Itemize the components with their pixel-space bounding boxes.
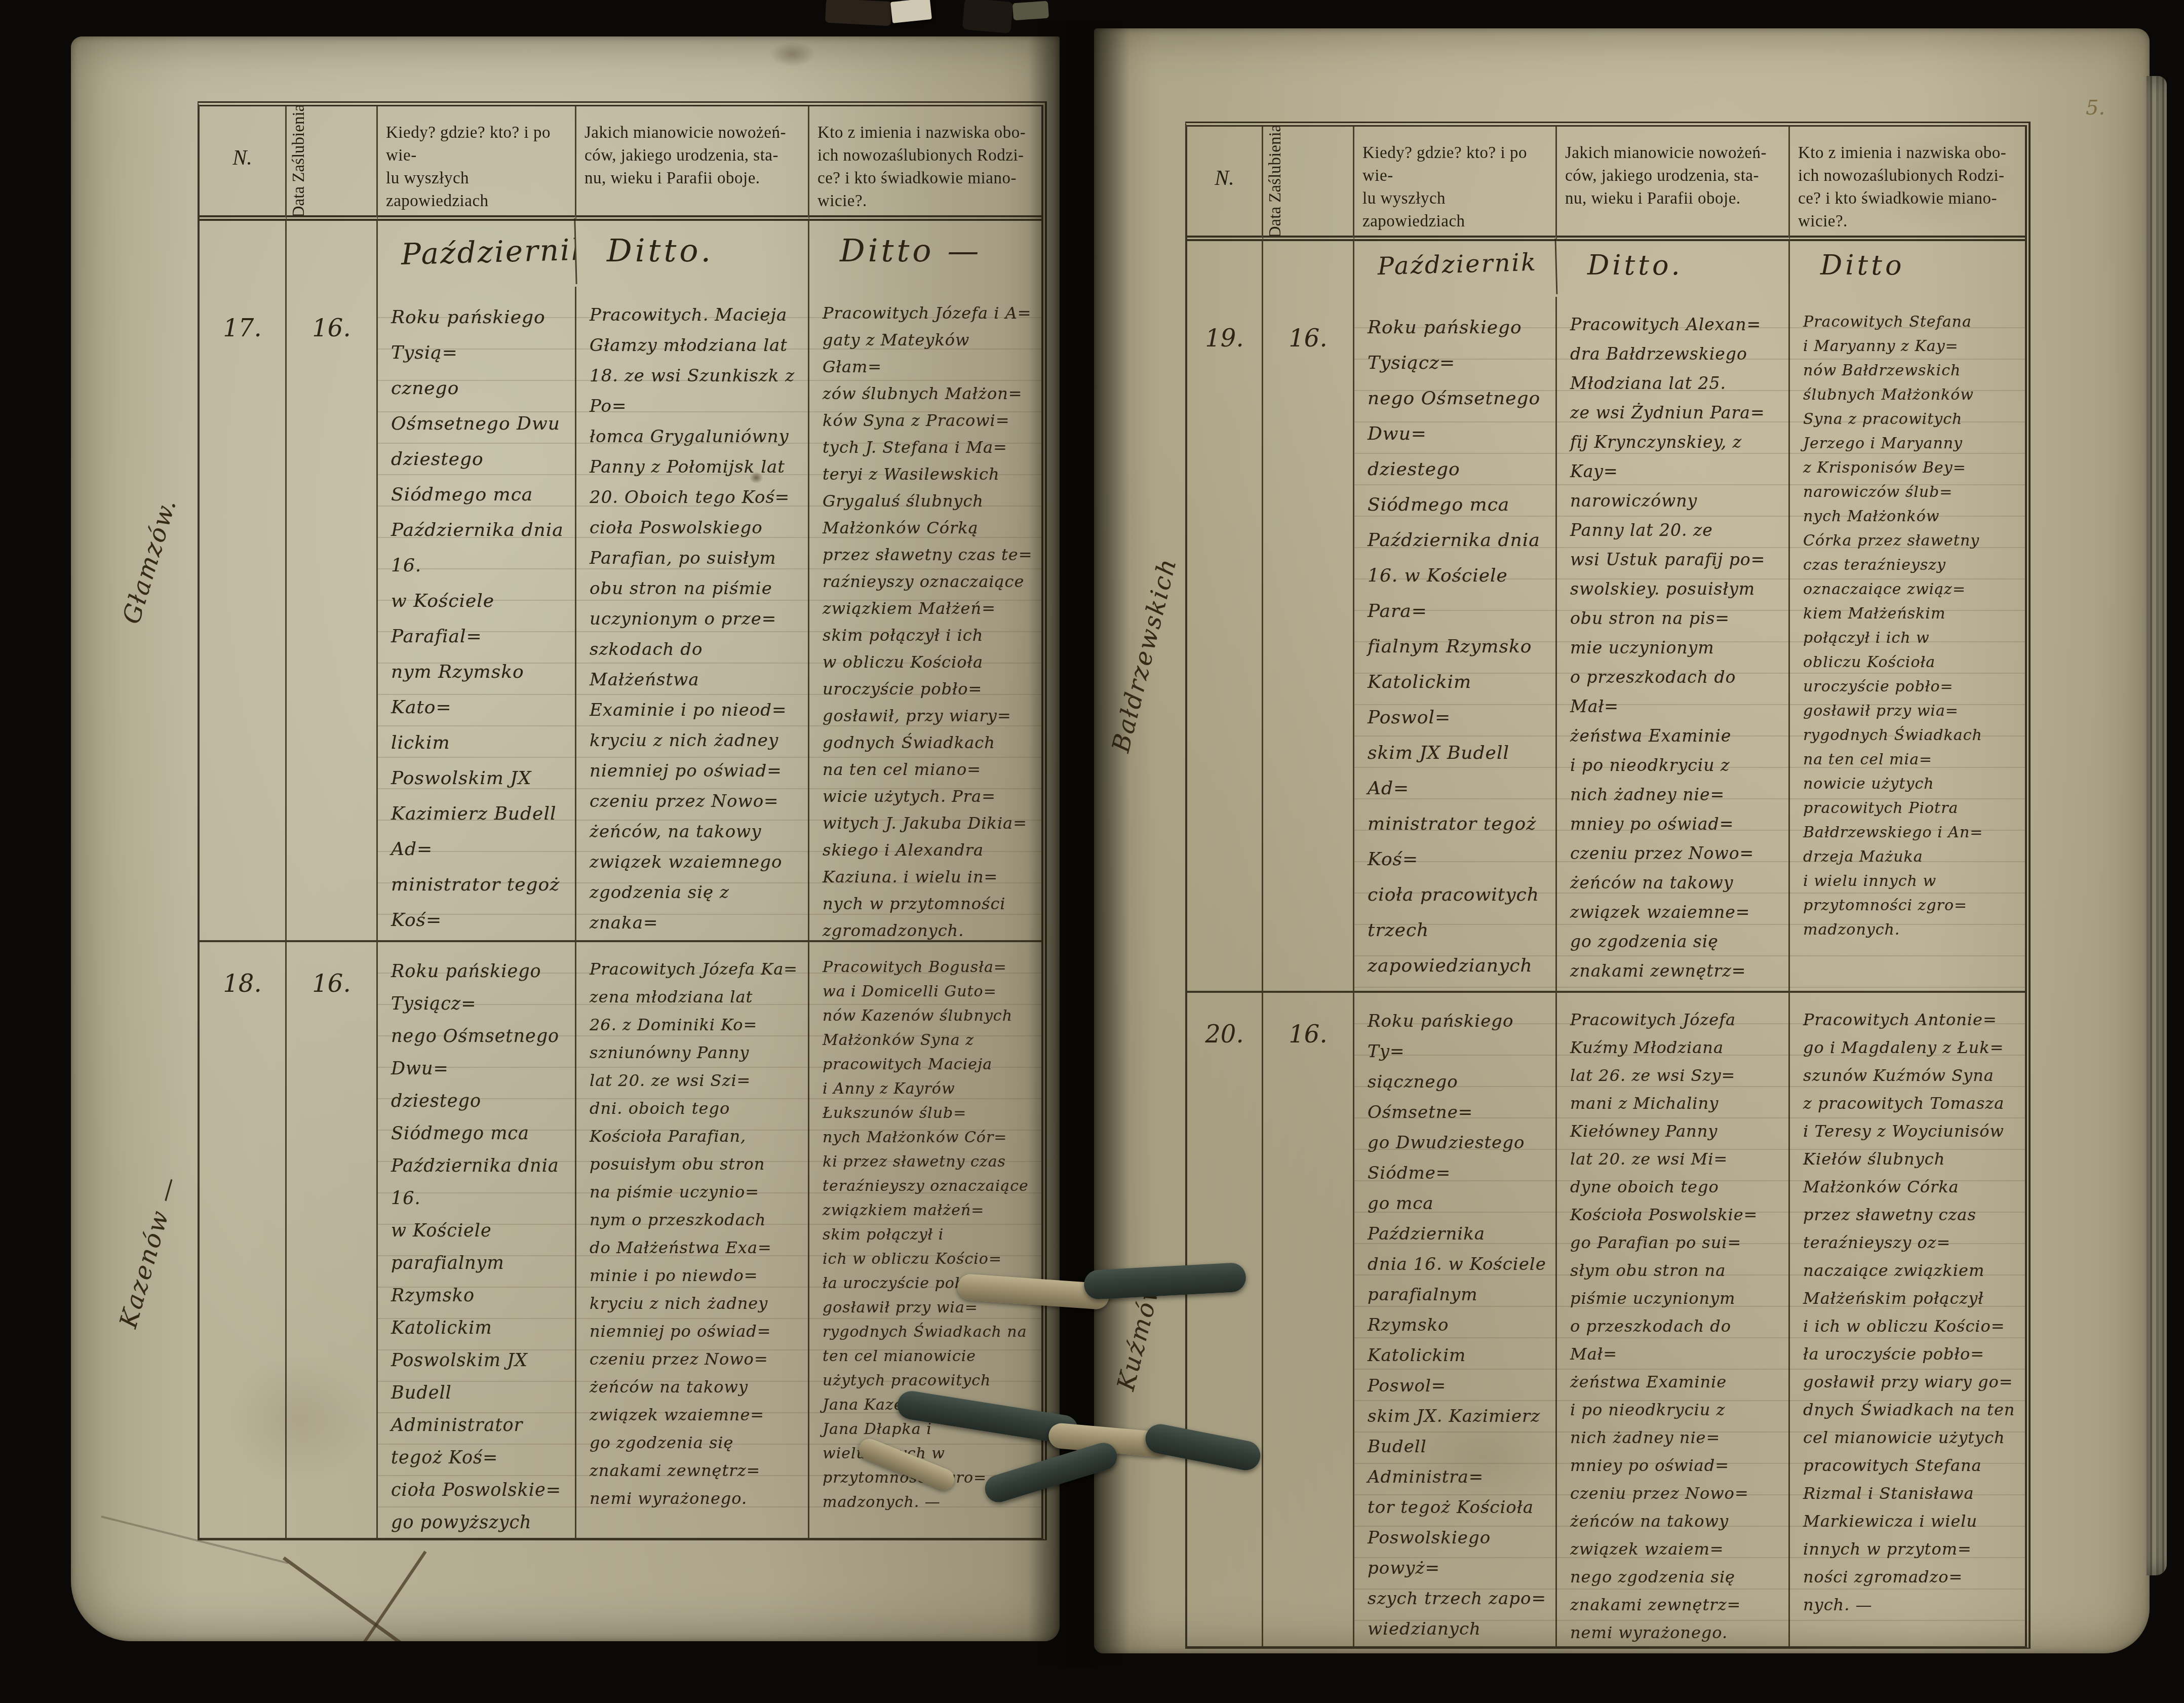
scanned-register-spread: { "document_type": "Parish marriage regi…: [0, 0, 2184, 1703]
ditto-heading: Ditto: [1790, 241, 2025, 297]
entry-date: 16.: [1263, 297, 1354, 991]
ditto-heading: Ditto.: [1557, 241, 1790, 297]
top-edge-paper-tag: [890, 0, 932, 23]
entry-date: 16.: [287, 940, 378, 1538]
header-cell-parents: Kto z imienia i nazwiska obo- ich nowoza…: [809, 106, 1041, 221]
header-cell-number: N.: [1187, 127, 1263, 241]
header-cell-number: N.: [200, 106, 287, 221]
entry-when-text: Roku pańskiego Ty= siącznego Ośmsetne= g…: [1354, 991, 1557, 1646]
entry-number: 18.: [200, 940, 287, 1538]
x-mark-stroke: [283, 1557, 457, 1641]
month-row-spacer: [287, 221, 378, 287]
ditto-heading: Ditto.: [576, 221, 809, 287]
top-edge-debris: [825, 0, 892, 26]
month-heading: Październik: [377, 218, 577, 289]
entry-date: 16.: [1263, 991, 1354, 1646]
entry-date: 16.: [287, 287, 378, 940]
header-label-date: Data Zaślubienia: [1265, 127, 1351, 239]
month-row-spacer: [200, 221, 287, 287]
paper-stain: [770, 42, 815, 67]
month-row-spacer: [1187, 241, 1263, 297]
top-edge-debris: [962, 0, 1013, 33]
ditto-heading: Ditto —: [809, 221, 1041, 287]
month-row-spacer: [1263, 241, 1354, 297]
entry-when-text: Roku pańskiego Tysiącz= nego Ośmsetnego …: [378, 940, 576, 1538]
entry-couple-text: Pracowitych Józefa Kuźmy Młodziana lat 2…: [1557, 991, 1790, 1646]
entry-couple-text: Pracowitych. Macieja Głamzy młodziana la…: [576, 287, 809, 940]
entry-when-text: Roku pańskiego Tysiącz= nego Ośmsetnego …: [1354, 297, 1557, 991]
register-table-left: N. Data Zaślubienia Kiedy? gdzie? kto? i…: [198, 101, 1047, 1540]
register-table-right: N. Data Zaślubienia Kiedy? gdzie? kto? i…: [1185, 122, 2031, 1649]
header-cell-couple: Jakich mianowicie nowożeń- ców, jakiego …: [1557, 127, 1790, 241]
header-label-n: N.: [200, 106, 285, 170]
header-cell-date: Data Zaślubienia: [1263, 127, 1354, 241]
header-label-date: Data Zaślubienia: [289, 106, 375, 218]
month-heading: Październik: [1354, 239, 1558, 299]
header-cell-when: Kiedy? gdzie? kto? i po wie- lu wyszłych…: [1354, 127, 1557, 241]
entry-couple-text: Pracowitych Józefa Ka= zena młodziana la…: [576, 940, 809, 1538]
header-cell-when: Kiedy? gdzie? kto? i po wie- lu wyszłych…: [378, 106, 576, 221]
entry-parents-text: Pracowitych Antonie= go i Magdaleny z Łu…: [1790, 991, 2025, 1646]
entry-parents-text: Pracowitych Stefana i Maryanny z Kay= nó…: [1790, 297, 2025, 991]
book-fore-edge-right: [2147, 76, 2167, 1575]
page-right: 5. N. Data Zaślubienia Kiedy? gdzie? kto…: [1094, 28, 2150, 1653]
top-edge-debris: [1012, 1, 1049, 21]
entry-parents-text: Pracowitych Bogusła= wa i Domicelli Guto…: [809, 940, 1041, 1538]
header-label-n: N.: [1187, 127, 1262, 190]
page-number: 5.: [2086, 96, 2105, 120]
entry-number: 20.: [1187, 991, 1263, 1646]
entry-parents-text: Pracowitych Józefa i A= gaty z Mateyków …: [809, 287, 1041, 940]
header-cell-date: Data Zaślubienia: [287, 106, 378, 221]
entry-couple-text: Pracowitych Alexan= dra Bałdrzewskiego M…: [1557, 297, 1790, 991]
header-cell-parents: Kto z imienia i nazwiska obo- ich nowoza…: [1790, 127, 2025, 241]
entry-when-text: Roku pańskiego Tysią= cznego Ośmsetnego …: [378, 287, 576, 940]
header-cell-couple: Jakich mianowicie nowożeń- ców, jakiego …: [576, 106, 809, 221]
